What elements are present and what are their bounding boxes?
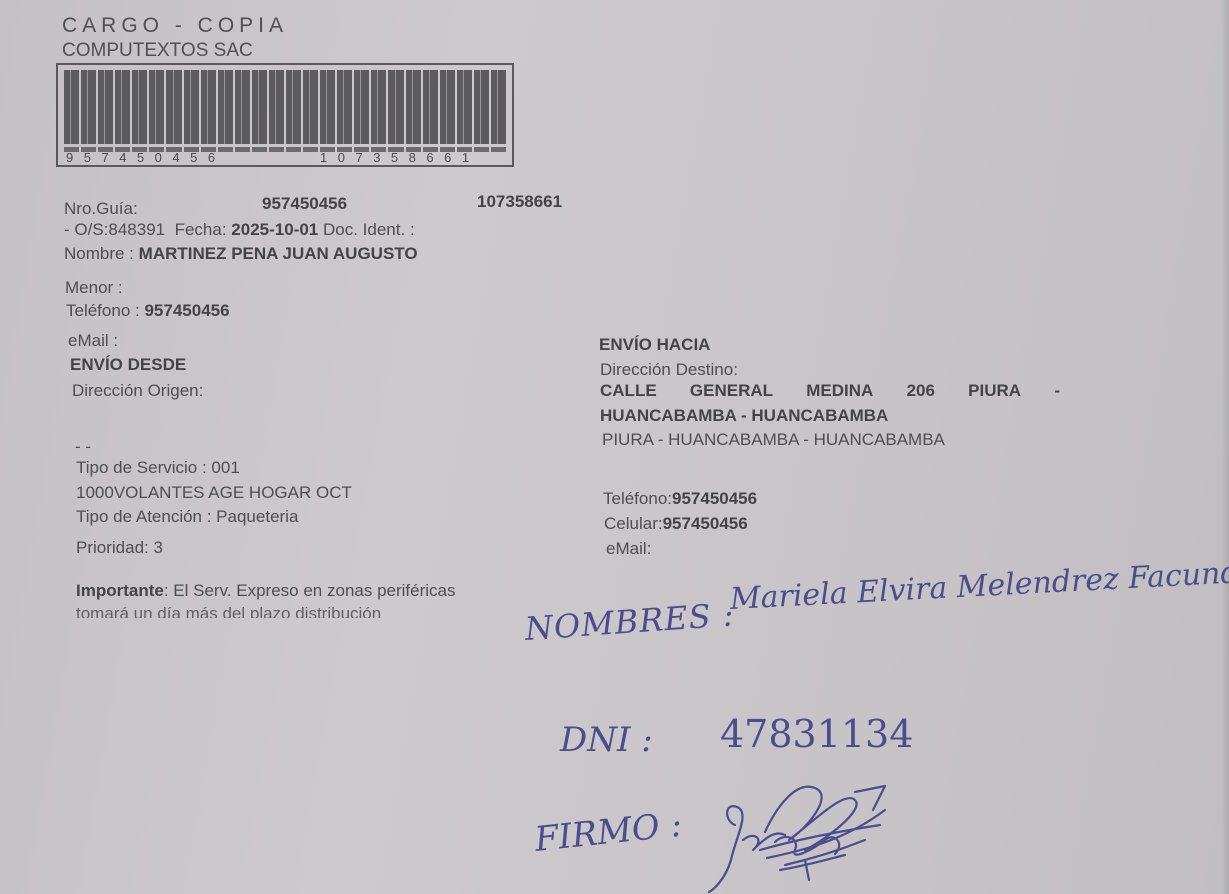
notice-text: : El Serv. Expreso en zonas periféricas: [164, 581, 456, 600]
barcode-bar: [269, 70, 284, 144]
envio-hacia-heading: ENVÍO HACIA: [599, 335, 710, 355]
barcode-bar: [149, 70, 164, 144]
service-description: 1000VOLANTES AGE HOGAR OCT: [76, 483, 352, 503]
guia-label: Nro.Guía:: [64, 199, 138, 219]
direccion-destino-label: Dirección Destino:: [600, 360, 738, 380]
direccion-destino-word: GENERAL: [690, 381, 773, 401]
direccion-destino-word: PIURA: [968, 381, 1021, 401]
barcode-guard-bar: [235, 147, 250, 152]
guia-number: 957450456: [262, 194, 347, 214]
barcode-bar: [423, 70, 438, 144]
barcode-bars: [64, 70, 506, 144]
destino-celular-value: 957450456: [663, 514, 748, 533]
barcode-bar: [98, 70, 113, 144]
barcode-bar: [388, 70, 403, 144]
barcode-guard-bar: [286, 147, 301, 152]
fecha-label: Fecha:: [175, 220, 227, 239]
os-number: - O/S:848391: [64, 220, 165, 239]
barcode-left-digits: 957450456: [66, 150, 226, 165]
document-title: CARGO - COPIA: [62, 14, 288, 38]
barcode-right-digits: 107358661: [320, 150, 480, 165]
destino-telefono-label: Teléfono:: [603, 489, 672, 508]
barcode-bar: [64, 70, 79, 144]
barcode-bar: [440, 70, 455, 144]
barcode-bar: [115, 70, 130, 144]
company-name: COMPUTEXTOS SAC: [62, 40, 253, 62]
os-fecha-line: - O/S:848391 Fecha: 2025-10-01 Doc. Iden…: [64, 220, 415, 240]
handwritten-dni-label: DNI :: [560, 720, 653, 760]
direccion-origen-label: Dirección Origen:: [72, 381, 203, 401]
barcode-bar: [406, 70, 421, 144]
direccion-destino-word: 206: [907, 381, 935, 401]
barcode-bar: [337, 70, 352, 144]
barcode-bar: [491, 70, 506, 144]
telefono-value: 957450456: [144, 301, 229, 320]
envio-desde-heading: ENVÍO DESDE: [70, 355, 186, 375]
barcode-bar: [218, 70, 233, 144]
email-label: eMail :: [68, 331, 118, 351]
barcode: 957450456 107358661: [56, 63, 514, 167]
barcode-bar: [132, 70, 147, 144]
direccion-destino-word: CALLE: [600, 381, 657, 401]
handwritten-dni-value: 47831134: [720, 712, 913, 756]
destino-telefono-value: 957450456: [672, 489, 757, 508]
direccion-destino-word: -: [1054, 381, 1060, 401]
prioridad: Prioridad: 3: [76, 538, 163, 558]
destino-telefono-line: Teléfono:957450456: [603, 489, 757, 509]
direccion-destino-line1: CALLEGENERALMEDINA206PIURA-: [600, 381, 1060, 401]
guia-secondary-number: 107358661: [477, 192, 562, 212]
barcode-bar: [457, 70, 472, 144]
direccion-destino-line2: HUANCABAMBA - HUANCABAMBA: [600, 406, 888, 426]
destino-email-label: eMail:: [606, 539, 651, 559]
barcode-bar: [235, 70, 250, 144]
barcode-bar: [201, 70, 216, 144]
telefono-line: Teléfono : 957450456: [66, 301, 230, 321]
destino-celular-label: Celular:: [604, 514, 663, 533]
fecha-value: 2025-10-01: [231, 220, 318, 239]
barcode-bar: [303, 70, 318, 144]
telefono-label: Teléfono :: [66, 301, 140, 320]
barcode-bar: [184, 70, 199, 144]
barcode-bar: [286, 70, 301, 144]
barcode-bar: [354, 70, 369, 144]
handwritten-firma-label: FIRMO :: [533, 805, 684, 860]
direccion-destino-word: MEDINA: [806, 381, 873, 401]
barcode-guard-bar: [252, 147, 267, 152]
doc-ident-label: Doc. Ident. :: [323, 220, 415, 239]
destino-celular-line: Celular:957450456: [604, 514, 748, 534]
important-notice: Importante: El Serv. Expreso en zonas pe…: [76, 581, 456, 601]
paper-edge: [1221, 0, 1229, 894]
barcode-guard-bar: [269, 147, 284, 152]
handwritten-nombres-value: Mariela Elvira Melendrez Facundo: [729, 554, 1229, 617]
region-line: PIURA - HUANCABAMBA - HUANCABAMBA: [602, 430, 945, 446]
barcode-bar: [474, 70, 489, 144]
handwritten-nombres-label: NOMBRES :: [524, 595, 736, 648]
nombre-line: Nombre : MARTINEZ PENA JUAN AUGUSTO: [64, 244, 418, 264]
direccion-origen-value: - -: [75, 437, 91, 457]
barcode-bar: [166, 70, 181, 144]
nombre-value: MARTINEZ PENA JUAN AUGUSTO: [139, 244, 418, 263]
notice-text-line2: tomará un día más del plazo distribución: [76, 604, 381, 618]
tipo-atencion: Tipo de Atención : Paqueteria: [76, 507, 298, 527]
barcode-bar: [371, 70, 386, 144]
barcode-bar: [320, 70, 335, 144]
signature: [705, 770, 905, 894]
barcode-bar: [81, 70, 96, 144]
barcode-bar: [252, 70, 267, 144]
notice-label: Importante: [76, 581, 164, 600]
nombre-label: Nombre :: [64, 244, 134, 263]
menor-label: Menor :: [65, 278, 123, 298]
barcode-guard-bar: [303, 147, 318, 152]
tipo-servicio: Tipo de Servicio : 001: [76, 458, 240, 478]
barcode-guard-bar: [491, 147, 506, 152]
